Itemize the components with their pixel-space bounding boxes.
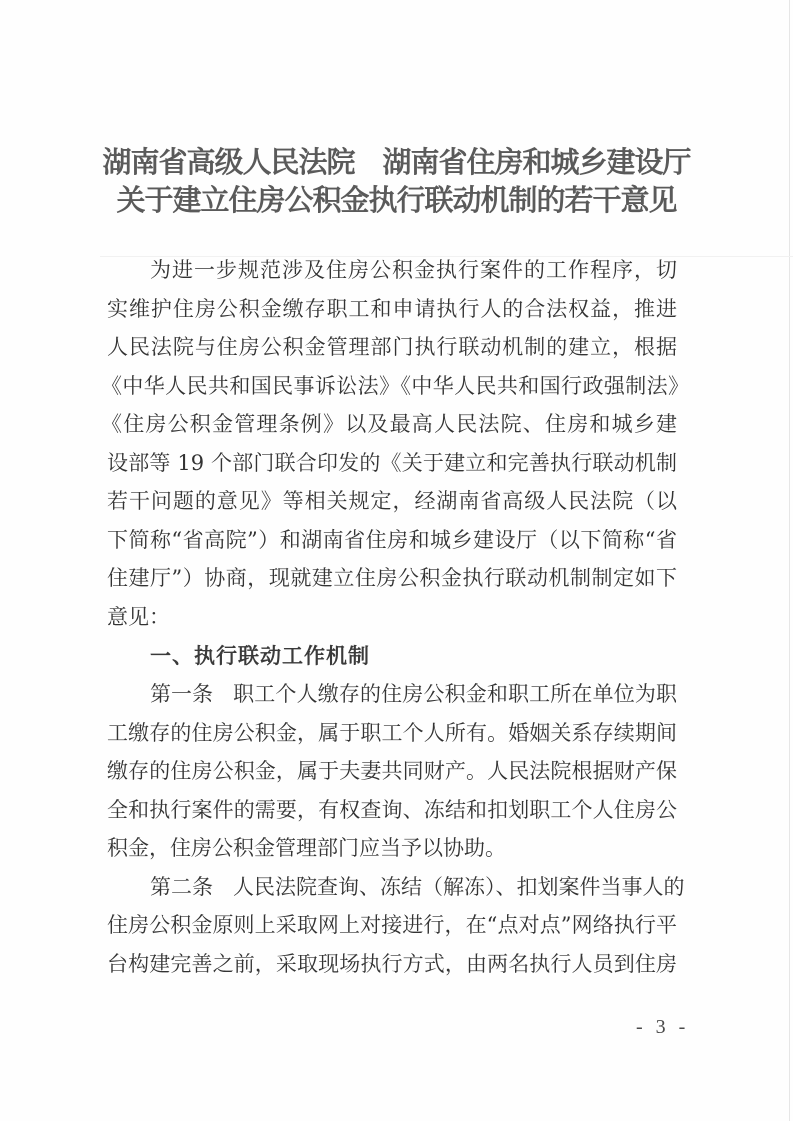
preamble-line: 为进一步规范涉及住房公积金执行案件的工作程序，切 <box>150 251 677 289</box>
preamble-line: 《住房公积金管理条例》以及最高人民法院、住房和城乡建 <box>101 405 677 443</box>
issuer-court: 湖南省高级人民法院 <box>102 145 354 179</box>
document-page: 湖南省高级人民法院湖南省住房和城乡建设厅 关于建立住房公积金执行联动机制的若干意… <box>0 0 793 1121</box>
article-1-first-line: 第一条职工个人缴存的住房公积金和职工所在单位为职 <box>150 675 677 713</box>
preamble-line: 实维护住房公积金缴存职工和申请执行人的合法权益，推进 <box>107 290 677 328</box>
article-1-text: 职工个人缴存的住房公积金和职工所在单位为职 <box>233 682 677 706</box>
page-number: - 3 - <box>636 1016 689 1039</box>
document-title-line-2: 关于建立住房公积金执行联动机制的若干意见 <box>0 178 793 219</box>
article-1-label: 第一条 <box>150 675 213 713</box>
preamble-line: 设部等 19 个部门联合印发的《关于建立和完善执行联动机制 <box>107 444 677 482</box>
article-1-line: 全和执行案件的需要，有权查询、冻结和扣划职工个人住房公 <box>107 791 677 829</box>
section-heading-1: 一、执行联动工作机制 <box>150 637 370 675</box>
preamble-line: 《中华人民共和国民事诉讼法》《中华人民共和国行政强制法》 <box>101 367 689 405</box>
article-2-line: 住房公积金原则上采取网上对接进行，在“点对点”网络执行平 <box>107 906 677 944</box>
preamble-line: 住建厅”）协商，现就建立住房公积金执行联动机制制定如下 <box>107 559 677 597</box>
preamble-line: 意见： <box>107 598 677 636</box>
article-1-line: 工缴存的住房公积金，属于职工个人所有。婚姻关系存续期间 <box>107 714 677 752</box>
article-2-text: 人民法院查询、冻结（解冻）、扣划案件当事人的 <box>233 875 685 899</box>
preamble-line: 人民法院与住房公积金管理部门执行联动机制的建立，根据 <box>107 328 677 366</box>
preamble-line: 若干问题的意见》等相关规定，经湖南省高级人民法院（以 <box>107 482 677 520</box>
article-2-label: 第二条 <box>150 868 213 906</box>
article-2-line: 台构建完善之前，采取现场执行方式，由两名执行人员到住房 <box>107 945 677 983</box>
preamble-line: 下简称“省高院”）和湖南省住房和城乡建设厅（以下简称“省 <box>107 521 677 559</box>
article-2-first-line: 第二条人民法院查询、冻结（解冻）、扣划案件当事人的 <box>150 868 677 906</box>
article-1-line: 缴存的住房公积金，属于夫妻共同财产。人民法院根据财产保 <box>107 752 677 790</box>
article-1-line: 积金，住房公积金管理部门应当予以协助。 <box>107 829 677 867</box>
issuer-housing-department: 湖南省住房和城乡建设厅 <box>383 145 691 179</box>
document-title-line-1: 湖南省高级人民法院湖南省住房和城乡建设厅 <box>0 140 793 181</box>
